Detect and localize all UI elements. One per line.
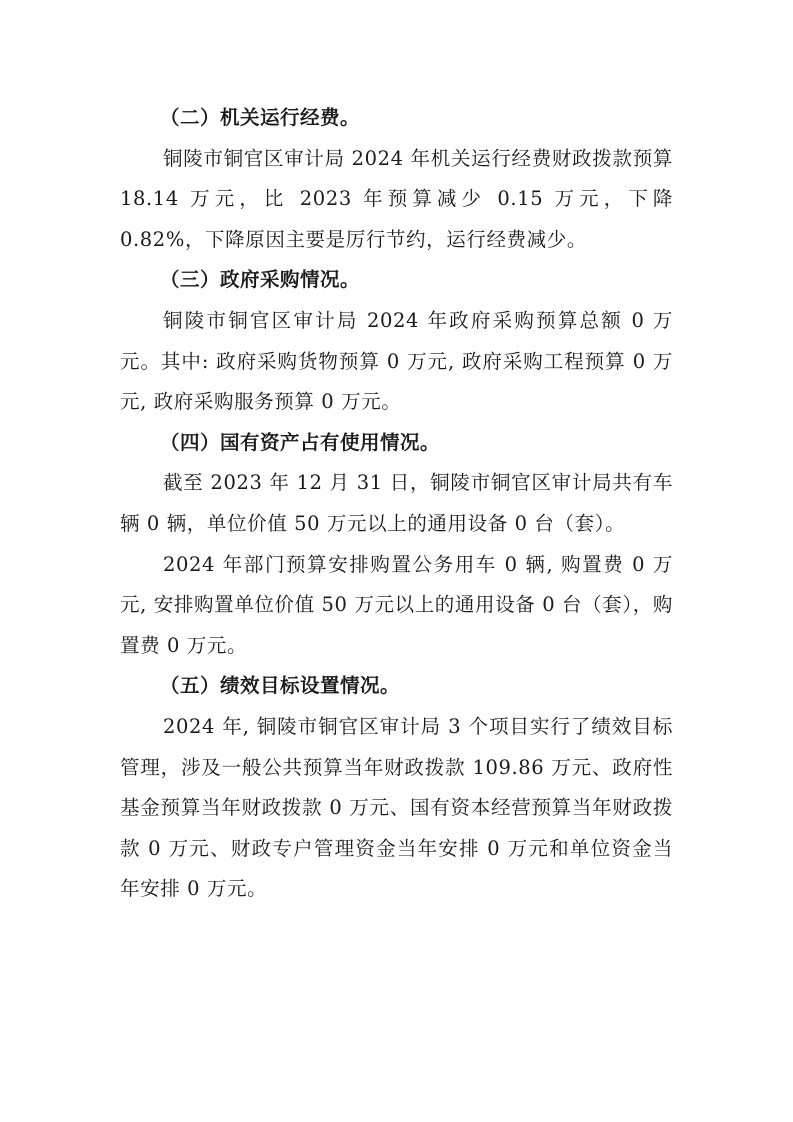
paragraph: 2024 年部门预算安排购置公务用车 0 辆, 购置费 0 万元, 安排购置单位… [120,545,673,667]
document-page: （二）机关运行经费。 铜陵市铜官区审计局 2024 年机关运行经费财政拨款预算 … [120,98,673,910]
paragraph: 截至 2023 年 12 月 31 日，铜陵市铜官区审计局共有车辆 0 辆，单位… [120,463,673,544]
section-government-procurement: （三）政府采购情况。 铜陵市铜官区审计局 2024 年政府采购预算总额 0 万元… [120,260,673,422]
paragraph: 铜陵市铜官区审计局 2024 年政府采购预算总额 0 万元。其中: 政府采购货物… [120,301,673,423]
section-heading: （二）机关运行经费。 [120,98,673,139]
section-operating-expenses: （二）机关运行经费。 铜陵市铜官区审计局 2024 年机关运行经费财政拨款预算 … [120,98,673,260]
section-heading: （五）绩效目标设置情况。 [120,666,673,707]
section-heading: （四）国有资产占有使用情况。 [120,423,673,464]
section-heading: （三）政府采购情况。 [120,260,673,301]
paragraph: 2024 年, 铜陵市铜官区审计局 3 个项目实行了绩效目标管理，涉及一般公共预… [120,707,673,910]
section-state-assets: （四）国有资产占有使用情况。 截至 2023 年 12 月 31 日，铜陵市铜官… [120,423,673,667]
section-performance-targets: （五）绩效目标设置情况。 2024 年, 铜陵市铜官区审计局 3 个项目实行了绩… [120,666,673,910]
paragraph: 铜陵市铜官区审计局 2024 年机关运行经费财政拨款预算 18.14 万元，比 … [120,139,673,261]
